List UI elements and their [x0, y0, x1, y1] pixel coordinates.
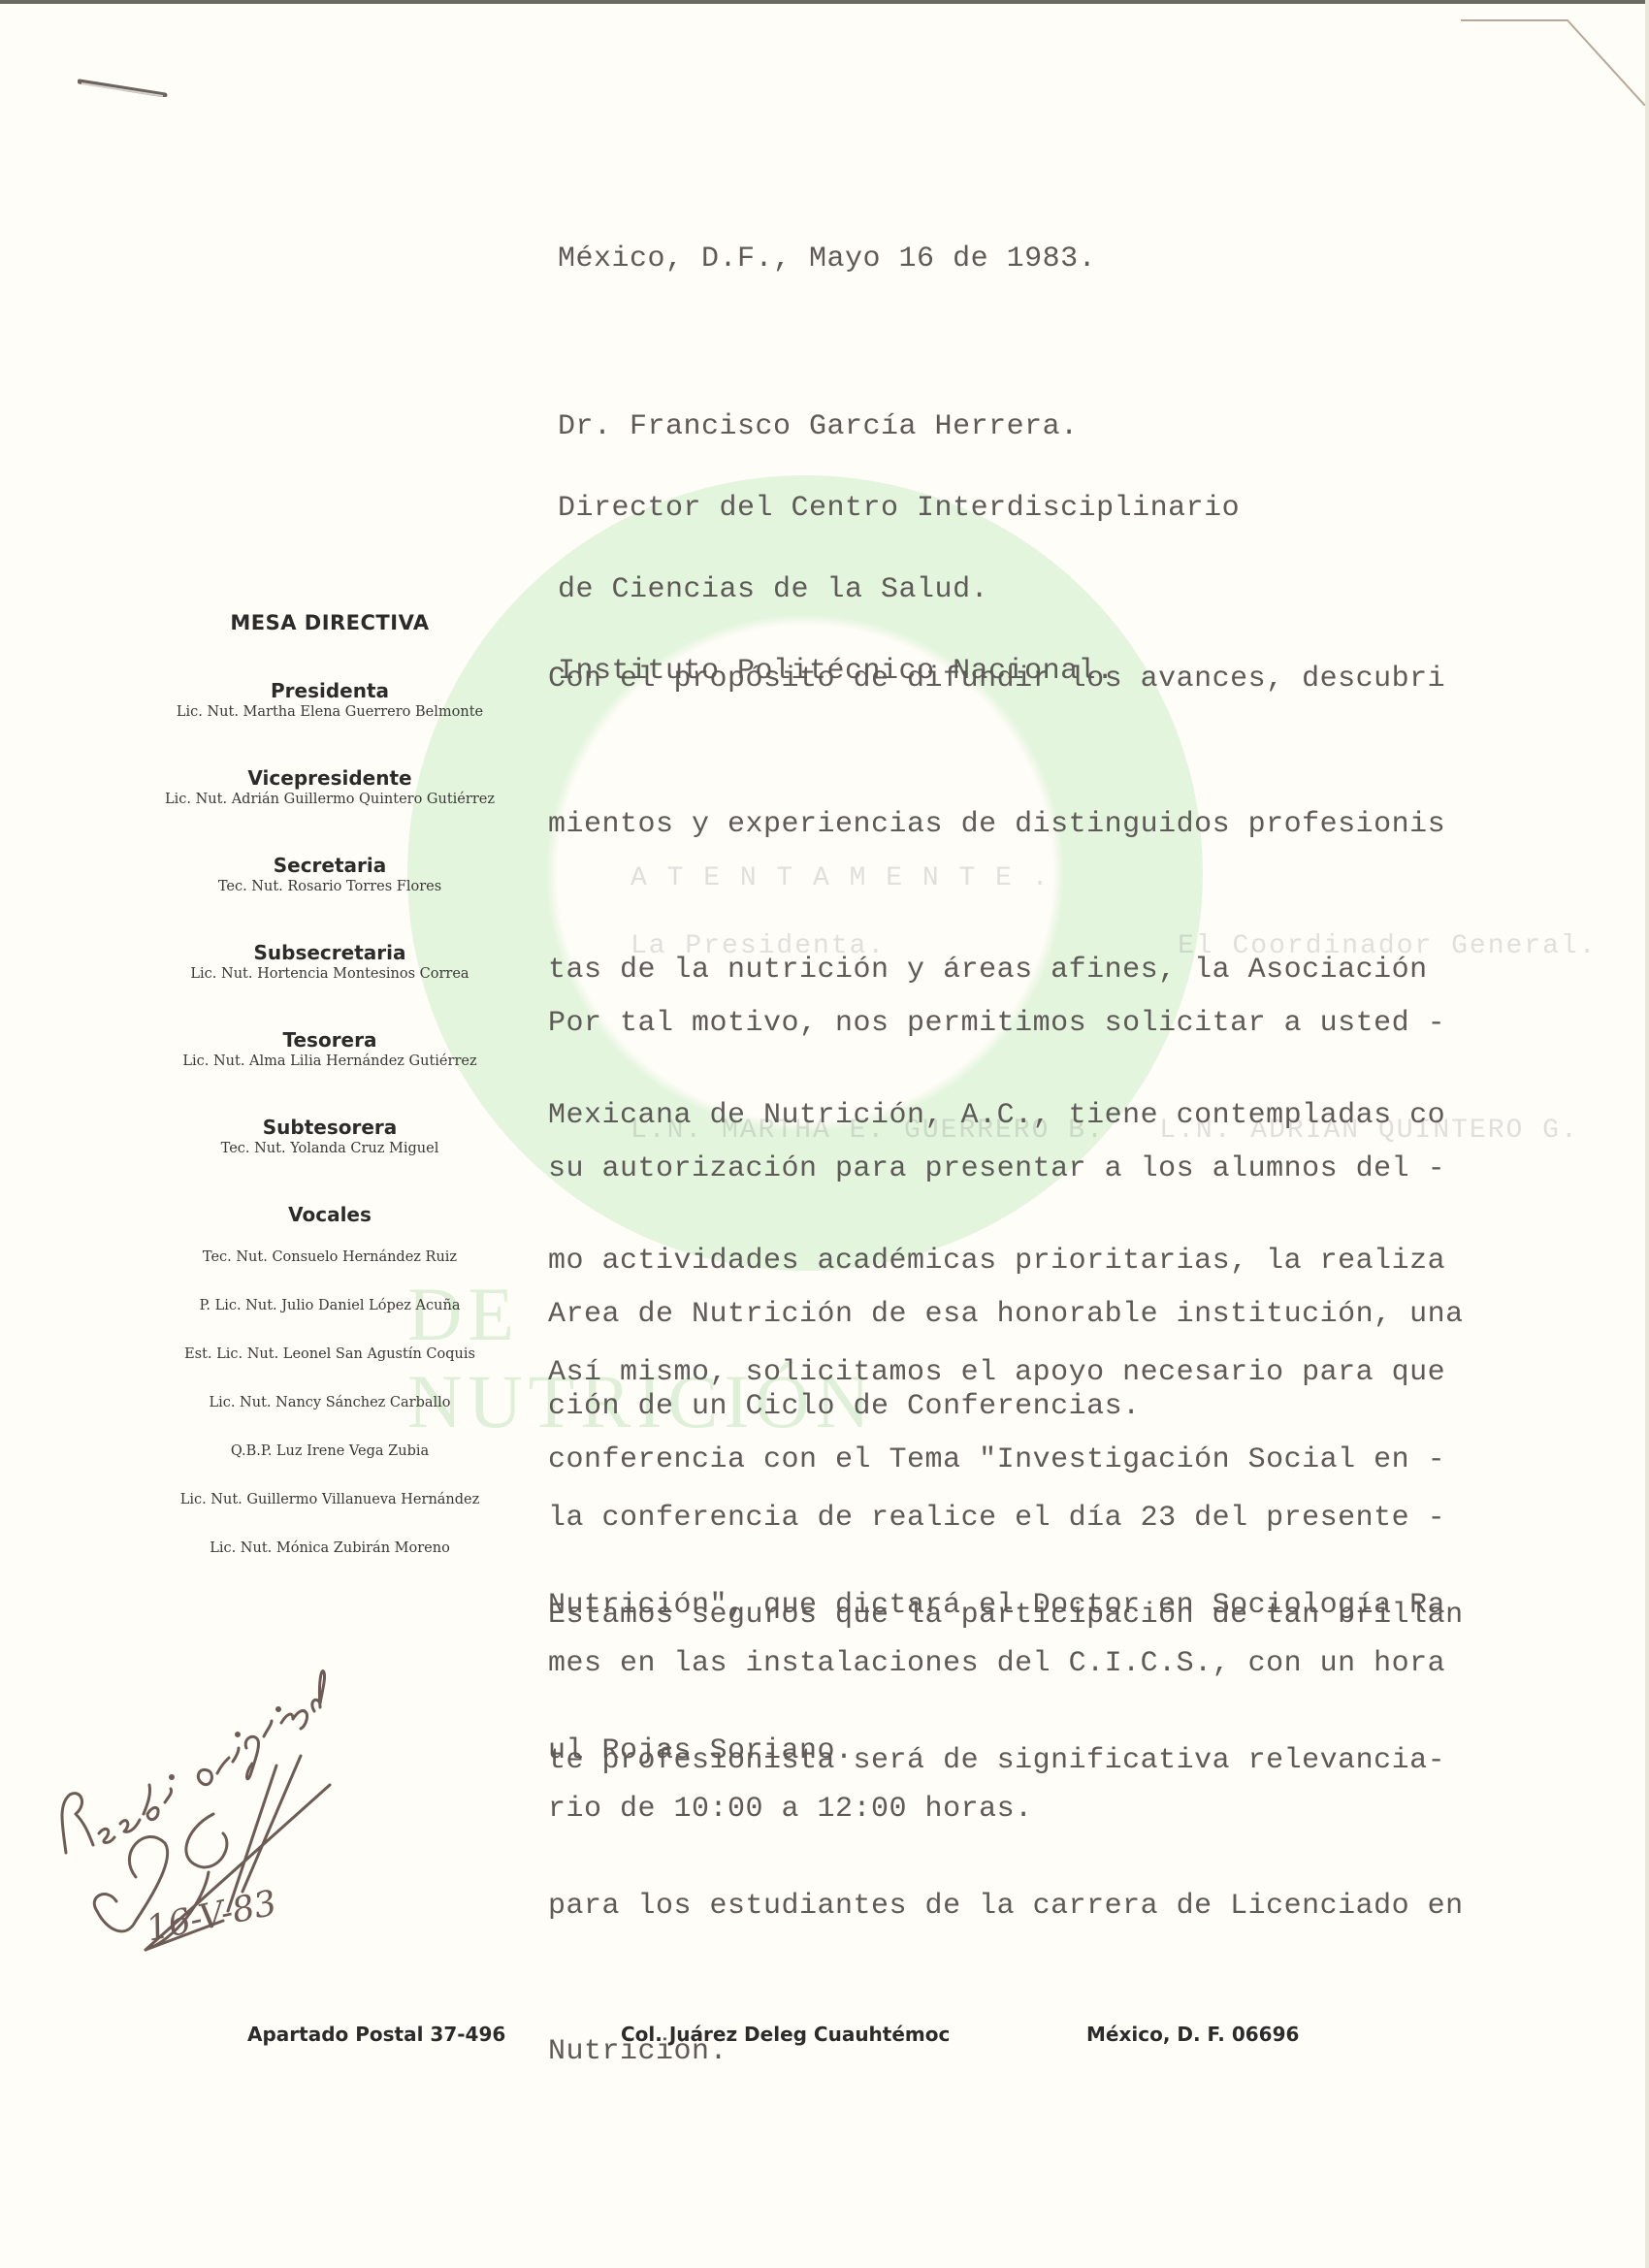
letterhead-footer: Apartado Postal 37-496 Col. Juárez Deleg…: [0, 2023, 1649, 2061]
address-city: México, D. F. 06696: [1086, 2023, 1299, 2046]
officer-name: Lic. Nut. Adrián Guillermo Quintero Guti…: [136, 790, 524, 809]
paragraph-line: para los estudiantes de la carrera de Li…: [548, 1882, 1557, 1930]
officer-presidenta: Presidenta Lic. Nut. Martha Elena Guerre…: [136, 679, 524, 722]
vocal-name: Lic. Nut. Nancy Sánchez Carballo: [136, 1393, 524, 1412]
vocal-name: Lic. Nut. Mónica Zubirán Moreno: [136, 1539, 524, 1558]
officer-subtesorera: Subtesorera Tec. Nut. Yolanda Cruz Migue…: [136, 1116, 524, 1158]
folded-corner: [1461, 18, 1645, 106]
officer-role: Subtesorera: [136, 1116, 524, 1139]
officer-name: Tec. Nut. Rosario Torres Flores: [136, 877, 524, 896]
paragraph-line: mientos y experiencias de distinguidos p…: [548, 800, 1557, 849]
vocal-name: Q.B.P. Luz Irene Vega Zubia: [136, 1442, 524, 1461]
vocal-name: Lic. Nut. Guillermo Villanueva Hernández: [136, 1490, 524, 1509]
paragraph-line: Por tal motivo, nos permitimos solicitar…: [548, 999, 1557, 1048]
officer-name: Lic. Nut. Hortencia Montesinos Correa: [136, 964, 524, 984]
officer-tesorera: Tesorera Lic. Nut. Alma Lilia Hernández …: [136, 1028, 524, 1071]
vocal-name: Tec. Nut. Consuelo Hernández Ruiz: [136, 1247, 524, 1267]
officer-name: Tec. Nut. Yolanda Cruz Miguel: [136, 1139, 524, 1158]
paragraph-line: te profesionista será de significativa r…: [548, 1736, 1557, 1785]
paragraph-line: Así mismo, solicitamos el apoyo necesari…: [548, 1348, 1557, 1397]
recipient-line: Dr. Francisco García Herrera.: [558, 413, 1240, 440]
vocales-list: Tec. Nut. Consuelo Hernández Ruiz P. Lic…: [136, 1247, 524, 1558]
officer-name: Lic. Nut. Alma Lilia Hernández Gutiérrez: [136, 1052, 524, 1071]
letter-date: México, D.F., Mayo 16 de 1983.: [558, 243, 1096, 275]
paragraph-line: Con el propósito de difundir los avances…: [548, 655, 1557, 703]
recipient-line: Director del Centro Interdisciplinario: [558, 495, 1240, 522]
vocal-name: P. Lic. Nut. Julio Daniel López Acuña: [136, 1296, 524, 1315]
staple-mark: [78, 76, 175, 97]
vocales-group: Vocales Tec. Nut. Consuelo Hernández Rui…: [136, 1203, 524, 1558]
scan-top-edge: [0, 0, 1649, 4]
officer-name: Lic. Nut. Martha Elena Guerrero Belmonte: [136, 702, 524, 722]
board-title: MESA DIRECTIVA: [136, 611, 524, 634]
vocal-name: Est. Lic. Nut. Leonel San Agustín Coquis: [136, 1345, 524, 1364]
paragraph-line: su autorización para presentar a los alu…: [548, 1145, 1557, 1193]
paragraph-line: Estamos seguros que la participación de …: [548, 1591, 1557, 1639]
address-colonia: Col. Juárez Deleg Cuauhtémoc: [621, 2023, 950, 2046]
board-of-directors-sidebar: MESA DIRECTIVA Presidenta Lic. Nut. Mart…: [136, 611, 524, 1558]
officer-role: Secretaria: [136, 854, 524, 877]
po-box: Apartado Postal 37-496: [247, 2023, 505, 2046]
officer-role: Presidenta: [136, 679, 524, 702]
officer-subsecretaria: Subsecretaria Lic. Nut. Hortencia Montes…: [136, 941, 524, 984]
officer-secretaria: Secretaria Tec. Nut. Rosario Torres Flor…: [136, 854, 524, 896]
officer-role: Subsecretaria: [136, 941, 524, 964]
scan-right-edge: [1645, 0, 1649, 2268]
officer-vicepresidente: Vicepresidente Lic. Nut. Adrián Guillerm…: [136, 766, 524, 809]
officer-role: Vicepresidente: [136, 766, 524, 790]
vocales-title: Vocales: [136, 1203, 524, 1226]
officer-role: Tesorera: [136, 1028, 524, 1052]
